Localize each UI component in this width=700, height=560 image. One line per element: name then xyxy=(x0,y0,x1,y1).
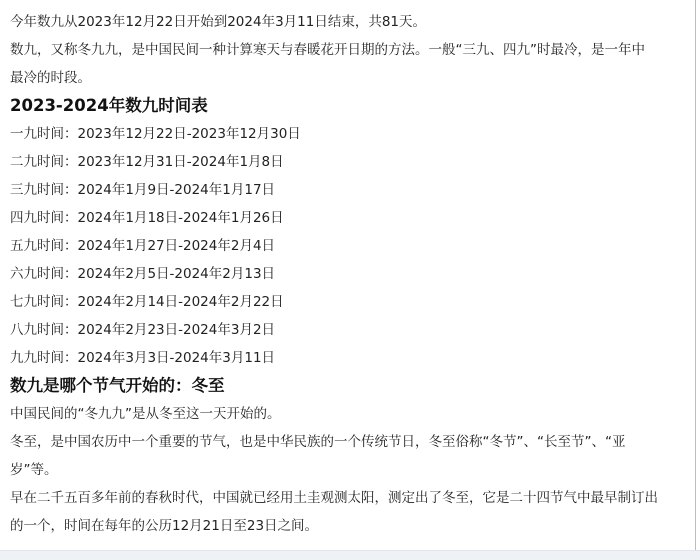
schedule-list: 一九时间：2023年12月22日-2023年12月30日 二九时间：2023年1… xyxy=(10,120,681,372)
solar-term-paragraph-1: 中国民间的“冬九九”是从冬至这一天开始的。 xyxy=(10,400,681,428)
schedule-label: 八九时间： xyxy=(10,322,78,338)
schedule-item-7: 七九时间：2024年2月14日-2024年2月22日 xyxy=(10,288,681,316)
article-content: 今年数九从2023年12月22日开始到2024年3月11日结束，共81天。 数九… xyxy=(0,0,695,550)
schedule-range: 2023年12月22日-2023年12月30日 xyxy=(78,126,301,142)
solar-term-paragraph-2-line-2: 岁”等。 xyxy=(10,456,681,484)
solar-term-heading: 数九是哪个节气开始的：冬至 xyxy=(10,372,681,400)
schedule-item-3: 三九时间：2024年1月9日-2024年1月17日 xyxy=(10,176,681,204)
schedule-label: 九九时间： xyxy=(10,350,78,366)
schedule-label: 五九时间： xyxy=(10,238,78,254)
solar-term-paragraph-2-line-1: 冬至，是中国农历中一个重要的节气，也是中华民族的一个传统节日，冬至俗称“冬节”、… xyxy=(10,428,681,456)
schedule-range: 2024年2月5日-2024年2月13日 xyxy=(78,266,276,282)
schedule-range: 2024年2月14日-2024年2月22日 xyxy=(78,294,284,310)
schedule-label: 三九时间： xyxy=(10,182,78,198)
schedule-label: 七九时间： xyxy=(10,294,78,310)
schedule-range: 2024年1月27日-2024年2月4日 xyxy=(78,238,276,254)
schedule-range: 2024年1月18日-2024年1月26日 xyxy=(78,210,284,226)
intro-paragraph: 今年数九从2023年12月22日开始到2024年3月11日结束，共81天。 xyxy=(10,8,681,36)
definition-paragraph-line-2: 最冷的时段。 xyxy=(10,64,681,92)
schedule-label: 四九时间： xyxy=(10,210,78,226)
solar-term-paragraph-3-line-1: 早在二千五百多年前的春秋时代，中国就已经用土圭观测太阳，测定出了冬至，它是二十四… xyxy=(10,484,681,512)
schedule-item-1: 一九时间：2023年12月22日-2023年12月30日 xyxy=(10,120,681,148)
schedule-range: 2024年2月23日-2024年3月2日 xyxy=(78,322,276,338)
schedule-label: 二九时间： xyxy=(10,154,78,170)
content-right-border xyxy=(695,0,696,550)
schedule-label: 六九时间： xyxy=(10,266,78,282)
schedule-item-9: 九九时间：2024年3月3日-2024年3月11日 xyxy=(10,344,681,372)
solar-term-paragraph-3-line-2: 的一个，时间在每年的公历12月21日至23日之间。 xyxy=(10,512,681,540)
schedule-item-8: 八九时间：2024年2月23日-2024年3月2日 xyxy=(10,316,681,344)
schedule-item-6: 六九时间：2024年2月5日-2024年2月13日 xyxy=(10,260,681,288)
schedule-heading: 2023-2024年数九时间表 xyxy=(10,92,681,120)
definition-paragraph-line-1: 数九，又称冬九九，是中国民间一种计算寒天与春暖花开日期的方法。一般“三九、四九”… xyxy=(10,36,681,64)
schedule-range: 2024年3月3日-2024年3月11日 xyxy=(78,350,276,366)
schedule-range: 2023年12月31日-2024年1月8日 xyxy=(78,154,284,170)
schedule-item-2: 二九时间：2023年12月31日-2024年1月8日 xyxy=(10,148,681,176)
schedule-item-5: 五九时间：2024年1月27日-2024年2月4日 xyxy=(10,232,681,260)
schedule-item-4: 四九时间：2024年1月18日-2024年1月26日 xyxy=(10,204,681,232)
schedule-label: 一九时间： xyxy=(10,126,78,142)
schedule-range: 2024年1月9日-2024年1月17日 xyxy=(78,182,276,198)
bottom-strip xyxy=(0,550,700,560)
